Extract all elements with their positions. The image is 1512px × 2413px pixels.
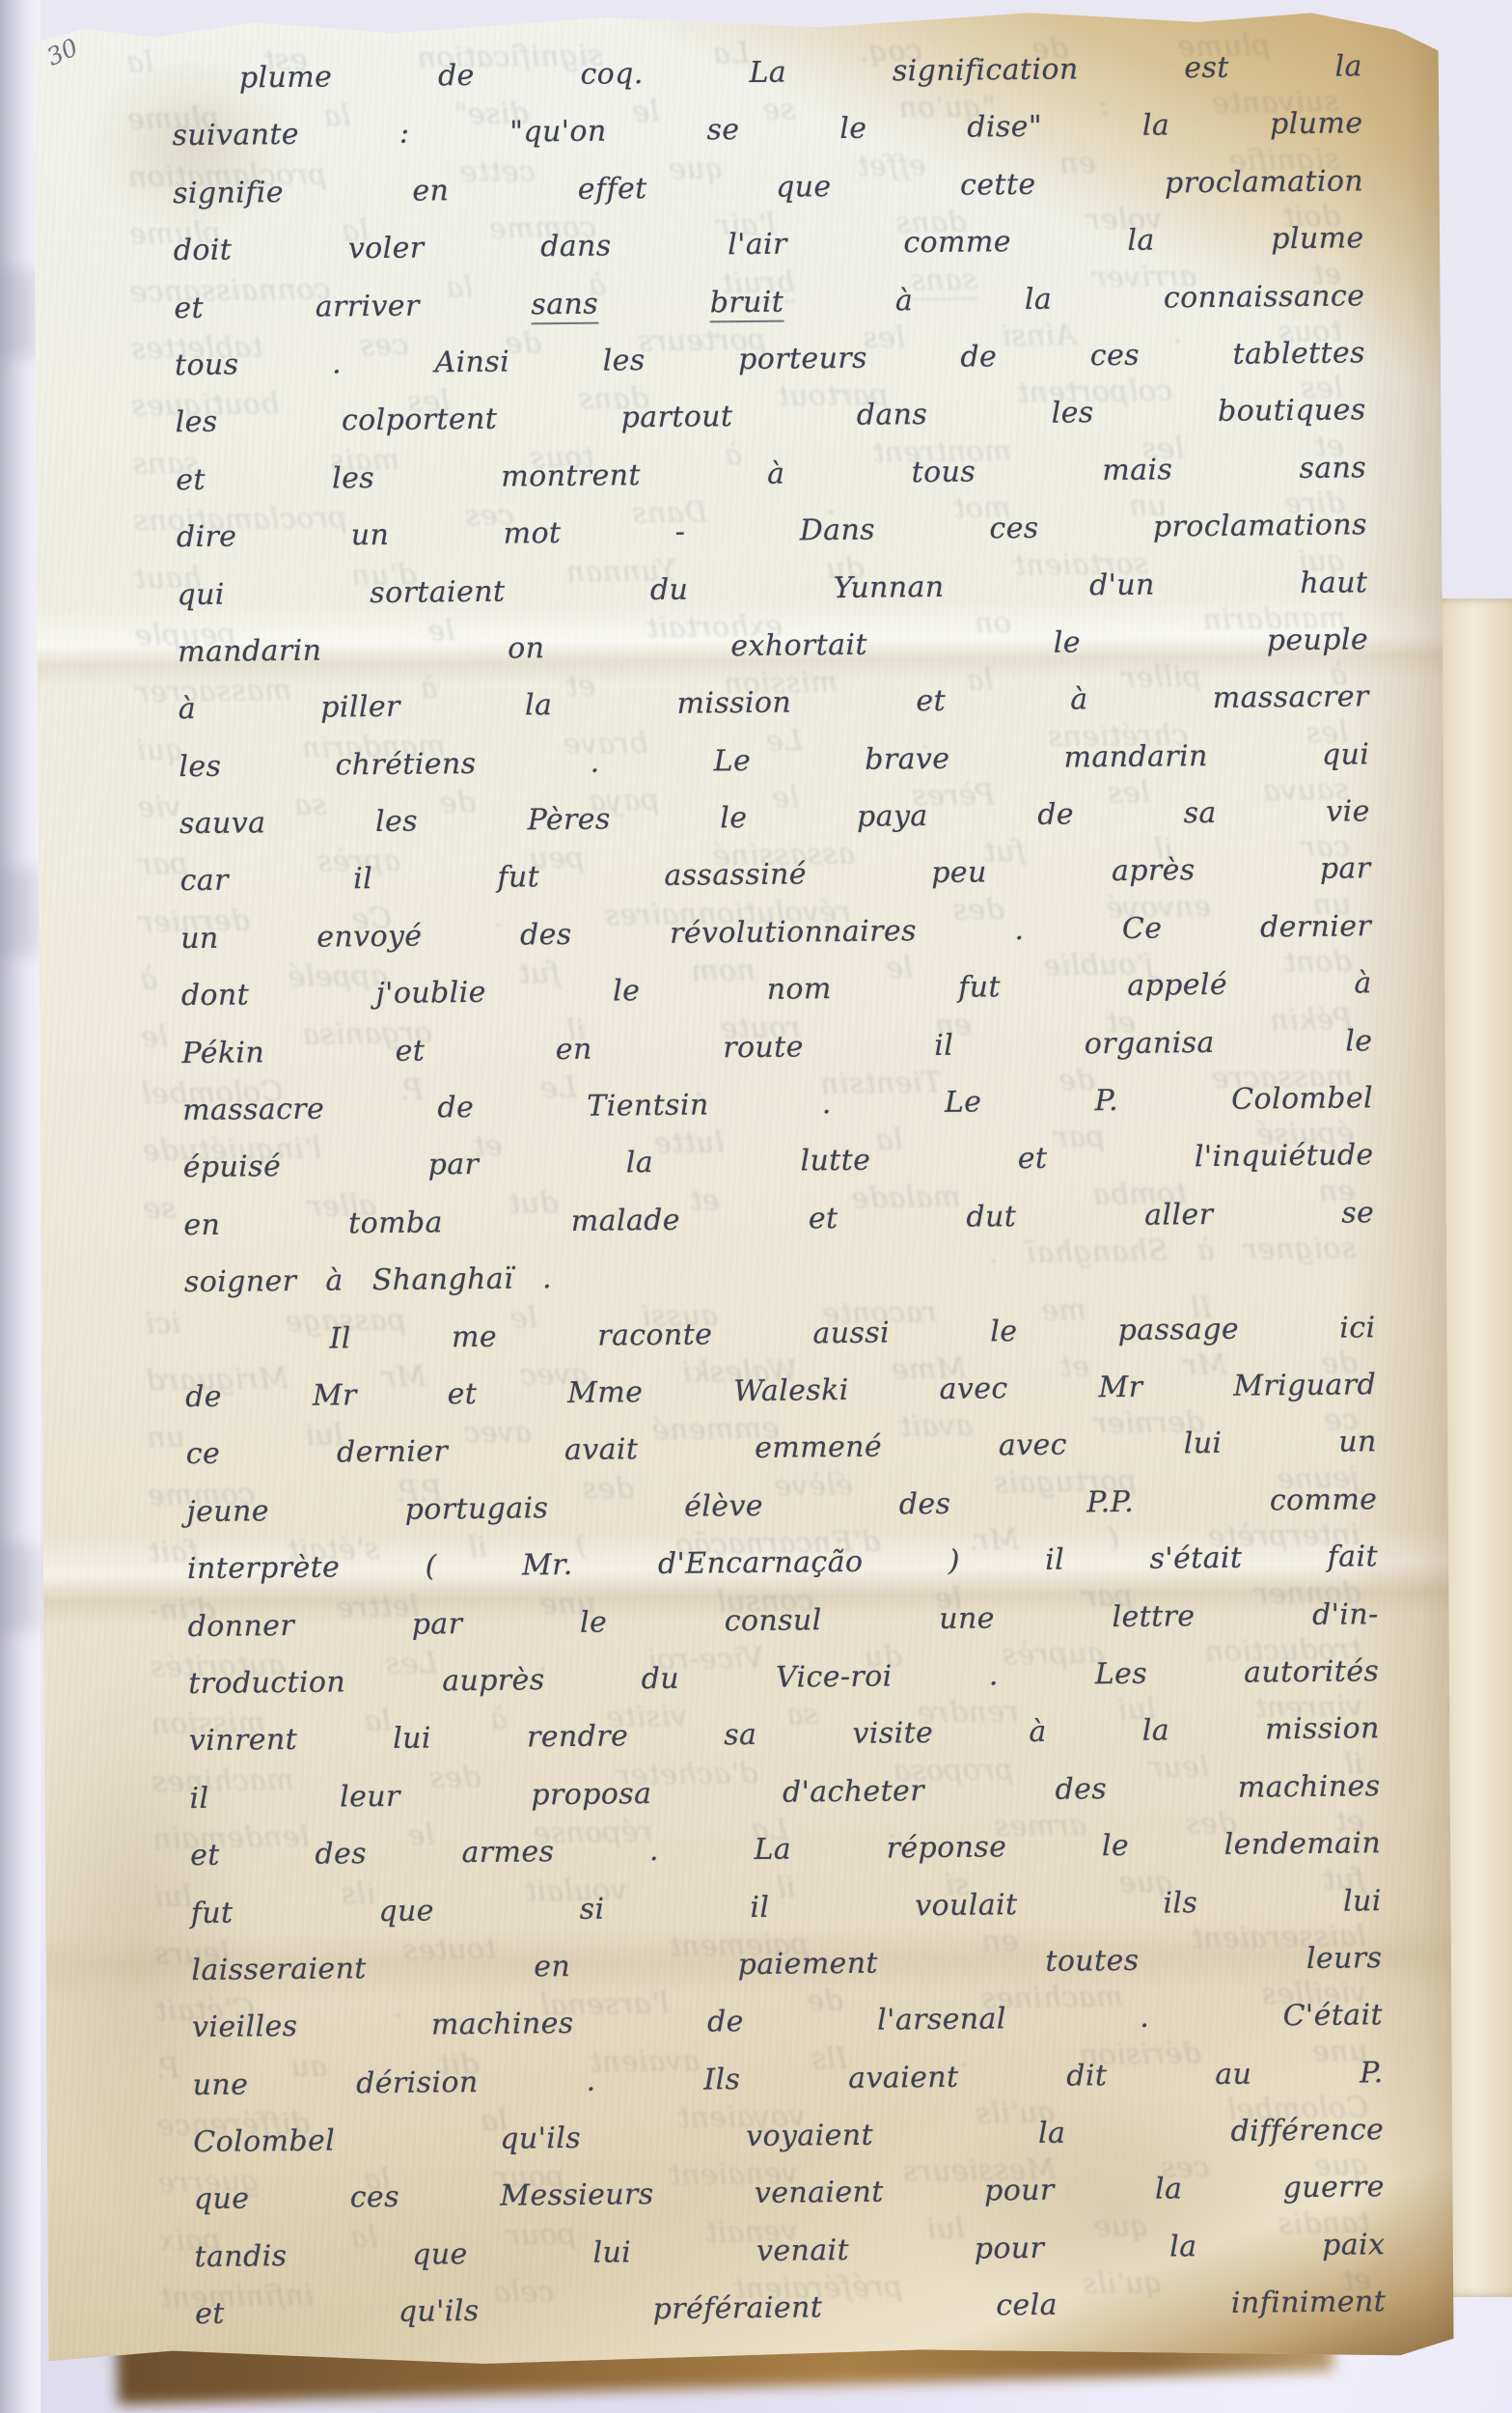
manuscript-word: en <box>534 1950 570 1983</box>
manuscript-word: le <box>990 1315 1018 1348</box>
manuscript-word: à <box>895 284 914 318</box>
manuscript-word: d'in- <box>1312 1597 1379 1632</box>
manuscript-word: interprète <box>187 1551 341 1587</box>
manuscript-word: de <box>437 1091 474 1124</box>
manuscript-word: Mr. <box>522 1548 573 1583</box>
manuscript-word: du <box>641 1662 679 1696</box>
manuscript-word: brave <box>865 742 950 777</box>
manuscript-word: connaissance <box>1164 279 1365 315</box>
manuscript-word: de <box>1037 798 1074 832</box>
manuscript-word: P. <box>155 2051 179 2085</box>
manuscript-word: à <box>1029 1715 1047 1749</box>
manuscript-word: la <box>125 45 153 79</box>
manuscript-word: mot <box>503 516 561 551</box>
manuscript-word: mandarin <box>1063 739 1208 775</box>
manuscript-word: fut <box>958 971 1001 1005</box>
manuscript-word: donner <box>188 1609 295 1644</box>
manuscript-word: venaient <box>755 2176 884 2210</box>
edge-smudge <box>0 1544 41 1631</box>
manuscript-word: signifie <box>173 176 284 210</box>
manuscript-word: qui <box>177 577 225 612</box>
manuscript-word: l'air <box>728 228 787 263</box>
manuscript-word: soigner <box>184 1264 297 1299</box>
photo-backdrop: { "document": { "kind": "handwritten let… <box>0 0 1512 2413</box>
manuscript-word: mais <box>1102 453 1172 487</box>
manuscript-word: se <box>143 1192 176 1226</box>
manuscript-word: ce <box>186 1437 221 1471</box>
manuscript-word: dans <box>540 230 612 264</box>
manuscript-word: dit <box>1066 2059 1107 2093</box>
manuscript-word: à <box>140 962 158 996</box>
manuscript-word: la <box>1142 109 1170 143</box>
manuscript-word: des <box>899 1487 951 1522</box>
manuscript-word: peuple <box>1267 623 1369 657</box>
manuscript-word: par <box>412 1607 463 1642</box>
manuscript-word: le <box>1102 1829 1130 1863</box>
manuscript-word: au <box>1215 2057 1251 2091</box>
manuscript-word: . <box>542 1262 552 1295</box>
manuscript-word: Ils <box>703 2063 740 2096</box>
manuscript-word: il <box>750 1890 769 1924</box>
manuscript-word: il <box>1045 1543 1064 1577</box>
manuscript-word: élève <box>684 1489 763 1524</box>
manuscript-word: tous <box>911 455 976 489</box>
manuscript-word: troduction <box>188 1665 345 1701</box>
manuscript-word: mission <box>676 686 791 721</box>
manuscript-word: infiniment <box>1231 2285 1386 2320</box>
manuscript-word: venait <box>756 2233 849 2268</box>
manuscript-word: la <box>1155 2173 1183 2206</box>
manuscript-word: à <box>1070 683 1088 717</box>
manuscript-word: . <box>1140 2001 1149 2035</box>
manuscript-word: des <box>1055 1772 1107 1807</box>
manuscript-text: plumedecoq.Lasignificationestlasuivante:… <box>172 49 1387 2354</box>
manuscript-word: Shanghaï <box>372 1262 514 1298</box>
manuscript-word: se <box>706 113 739 147</box>
manuscript-word: les <box>332 461 374 495</box>
manuscript-word: Tientsin <box>587 1088 709 1123</box>
manuscript-word: et <box>395 1034 425 1068</box>
manuscript-line: etqu'ilspréféraientcelainfiniment <box>195 2285 1387 2354</box>
manuscript-word: voyaient <box>746 2119 873 2153</box>
manuscript-word: . <box>590 745 599 779</box>
manuscript-word: le <box>580 1605 608 1639</box>
manuscript-word: laisseraient <box>191 1952 367 1987</box>
manuscript-word: Ce <box>1122 911 1163 945</box>
manuscript-word: en <box>412 174 449 208</box>
manuscript-word: jeune <box>186 1494 269 1529</box>
manuscript-word: organisa <box>1085 1026 1215 1061</box>
manuscript-word: coq. <box>580 57 644 92</box>
manuscript-word: que <box>194 2182 250 2217</box>
manuscript-word: il <box>189 1782 208 1816</box>
manuscript-word: j'oublie <box>375 976 486 1011</box>
manuscript-word: proclamations <box>1153 508 1367 543</box>
manuscript-word: ici <box>145 1306 181 1341</box>
manuscript-word: cela <box>996 2288 1058 2323</box>
manuscript-word: P. <box>1360 2056 1384 2090</box>
manuscript-word: sans <box>1299 451 1366 485</box>
manuscript-word: : <box>399 117 410 151</box>
manuscript-word: des <box>520 918 572 953</box>
manuscript-word: Mr <box>313 1378 357 1412</box>
scan-edge-strip <box>0 0 41 2413</box>
manuscript-word: la <box>1025 282 1053 316</box>
manuscript-word: ces <box>350 2180 400 2215</box>
manuscript-word: épuisé <box>183 1151 282 1185</box>
manuscript-word: P.P. <box>1086 1485 1134 1520</box>
manuscript-word: . <box>649 1834 659 1868</box>
manuscript-word: armes <box>461 1835 554 1870</box>
manuscript-word: le <box>720 801 748 835</box>
manuscript-word: tablettes <box>1232 336 1365 371</box>
manuscript-word: sauva <box>179 806 266 841</box>
manuscript-word: qu'ils <box>399 2294 480 2329</box>
manuscript-word: mission <box>1265 1712 1380 1747</box>
manuscript-word: boutiques <box>1218 394 1366 430</box>
manuscript-word: raconte <box>597 1317 712 1352</box>
manuscript-word: qui <box>1322 737 1370 772</box>
manuscript-word: haut <box>1300 566 1368 600</box>
manuscript-word: lui <box>153 1879 192 1914</box>
manuscript-word: colportent <box>342 402 498 438</box>
manuscript-word: Mme <box>567 1375 643 1410</box>
manuscript-word: envoyé <box>316 919 423 954</box>
manuscript-word: d'un <box>1089 568 1155 602</box>
manuscript-word: de <box>185 1380 222 1414</box>
manuscript-word: s'était <box>1149 1541 1242 1576</box>
manuscript-word: d'Encarnação <box>658 1545 864 1581</box>
manuscript-word: ) <box>948 1544 960 1578</box>
manuscript-word: partout <box>620 401 732 435</box>
manuscript-word: . <box>822 1087 832 1121</box>
manuscript-word: avait <box>564 1433 639 1468</box>
manuscript-word: fut <box>497 861 539 895</box>
manuscript-word: du <box>650 572 689 606</box>
manuscript-word: et <box>176 463 206 497</box>
manuscript-word: que <box>412 2237 468 2272</box>
manuscript-word: guerre <box>1282 2171 1384 2205</box>
manuscript-word: tandis <box>194 2239 287 2274</box>
manuscript-word: lettre <box>1112 1599 1195 1634</box>
manuscript-word: sortaient <box>370 574 505 609</box>
manuscript-word: lui <box>1184 1427 1223 1460</box>
manuscript-word: tous <box>175 347 239 382</box>
manuscript-word: sans <box>531 287 598 324</box>
manuscript-word: par <box>1320 852 1371 887</box>
manuscript-word: chrétiens <box>335 747 476 783</box>
manuscript-word: autorités <box>1244 1654 1379 1689</box>
manuscript-word: dut <box>966 1200 1016 1234</box>
edge-smudge <box>0 270 41 357</box>
manuscript-word: . <box>586 2064 595 2097</box>
manuscript-word: dise" <box>967 110 1042 145</box>
manuscript-word: dérision <box>356 2066 479 2100</box>
manuscript-word: lui <box>592 2235 631 2269</box>
manuscript-word: il <box>934 1028 953 1062</box>
manuscript-word: visite <box>852 1716 933 1751</box>
manuscript-word: doit <box>174 234 233 268</box>
manuscript-word: . <box>332 347 342 380</box>
manuscript-word: consul <box>725 1603 822 1638</box>
manuscript-word: bruit <box>710 285 784 322</box>
manuscript-word: signification <box>893 52 1079 88</box>
manuscript-word: un <box>147 1421 185 1456</box>
manuscript-word: C'était <box>1282 1998 1383 2033</box>
letter-paper: 30 plumedecoq.Lasignificationestlasuivan… <box>27 6 1456 2368</box>
manuscript-word: ces <box>1090 339 1141 374</box>
manuscript-word: une <box>939 1601 995 1636</box>
manuscript-word: les <box>179 749 221 783</box>
manuscript-word: la <box>1142 1714 1170 1748</box>
manuscript-word: le <box>839 112 867 146</box>
manuscript-word: Les <box>1095 1657 1148 1692</box>
manuscript-word: me <box>452 1319 497 1353</box>
manuscript-word: la <box>1127 224 1155 258</box>
manuscript-word: assassiné <box>664 858 807 894</box>
manuscript-word: fait <box>1328 1539 1379 1574</box>
manuscript-word: Vice-roi <box>776 1659 893 1694</box>
manuscript-word: rendre <box>527 1720 628 1755</box>
manuscript-word: piller <box>320 690 400 725</box>
manuscript-word: La <box>754 1833 791 1867</box>
manuscript-word: est <box>1184 51 1229 85</box>
manuscript-word: emmené <box>755 1430 882 1465</box>
manuscript-word: voulait <box>915 1888 1018 1923</box>
manuscript-word: Mriguard <box>1233 1368 1376 1403</box>
manuscript-word: Colombel <box>193 2124 335 2160</box>
manuscript-word: que <box>776 170 832 205</box>
manuscript-word: pour <box>984 2174 1055 2208</box>
manuscript-word: ici <box>1339 1311 1376 1345</box>
manuscript-word: et <box>195 2297 225 2331</box>
manuscript-word: fut <box>191 1896 234 1929</box>
manuscript-word: ils <box>1163 1886 1197 1920</box>
manuscript-word: portugais <box>405 1491 549 1527</box>
manuscript-word: malade <box>571 1204 681 1238</box>
manuscript-word: les <box>175 405 217 439</box>
manuscript-word: aussi <box>812 1316 890 1350</box>
manuscript-word: et <box>447 1377 477 1411</box>
manuscript-word: des <box>315 1837 367 1872</box>
manuscript-word: - <box>675 515 686 549</box>
manuscript-word: à <box>179 692 197 726</box>
manuscript-word: l'inquiétude <box>1195 1139 1374 1175</box>
manuscript-word: lendemain <box>1223 1826 1381 1862</box>
manuscript-word: effet <box>578 172 647 207</box>
manuscript-word: à <box>325 1264 344 1298</box>
manuscript-word: de <box>960 340 997 374</box>
manuscript-word: nom <box>767 972 832 1007</box>
manuscript-word: révolutionnaires <box>670 914 917 951</box>
manuscript-word: car <box>179 864 229 899</box>
manuscript-word: comme <box>1270 1483 1378 1517</box>
manuscript-word: Yunnan <box>834 569 945 604</box>
manuscript-word: dernier <box>1260 909 1371 944</box>
manuscript-word: plume <box>1271 221 1364 256</box>
manuscript-word: et <box>809 1202 838 1235</box>
manuscript-word: pour <box>975 2232 1045 2266</box>
manuscript-word: les <box>1051 397 1093 430</box>
manuscript-word: Waleski <box>733 1373 849 1408</box>
manuscript-word: avec <box>999 1428 1067 1463</box>
manuscript-word: lutte <box>800 1144 870 1179</box>
manuscript-word: et <box>916 684 946 718</box>
manuscript-word: ces <box>989 512 1039 546</box>
manuscript-word: en <box>556 1032 592 1066</box>
manuscript-word: Il <box>329 1321 351 1355</box>
manuscript-word: avaient <box>848 2060 959 2094</box>
manuscript-word: La <box>749 56 786 90</box>
manuscript-word: réponse <box>886 1830 1006 1865</box>
manuscript-word: vieilles <box>192 2010 298 2044</box>
manuscript-word: en <box>183 1208 220 1242</box>
manuscript-word: "qu'on <box>509 115 607 150</box>
manuscript-word: voler <box>348 232 425 266</box>
manuscript-word: avec <box>939 1372 1007 1406</box>
manuscript-word: leurs <box>1306 1941 1383 1976</box>
manuscript-word: route <box>723 1030 804 1065</box>
manuscript-word: dans <box>857 398 928 432</box>
manuscript-word: vie <box>1326 794 1370 828</box>
manuscript-word: différence <box>1230 2113 1384 2149</box>
manuscript-word: montrent <box>501 458 641 494</box>
manuscript-word: peu <box>931 856 987 891</box>
manuscript-word: machines <box>1238 1769 1381 1805</box>
manuscript-word: toutes <box>1045 1944 1139 1979</box>
manuscript-word: la <box>626 1146 654 1179</box>
manuscript-word: Mr <box>1098 1371 1142 1404</box>
manuscript-word: il <box>353 863 372 897</box>
manuscript-word: sa <box>724 1718 756 1752</box>
manuscript-word: arriver <box>316 289 420 323</box>
manuscript-word: porteurs <box>738 342 867 376</box>
manuscript-word: massacre <box>182 1093 324 1128</box>
page-number: 30 <box>42 33 82 71</box>
manuscript-word: vie <box>137 790 181 825</box>
manuscript-word: Ainsi <box>434 346 509 380</box>
manuscript-word: cette <box>960 168 1036 203</box>
manuscript-word: et <box>174 291 204 324</box>
manuscript-word: Le <box>945 1086 982 1120</box>
manuscript-word: . <box>1014 913 1024 947</box>
manuscript-word: on <box>508 631 545 665</box>
manuscript-word: paix <box>1322 2228 1386 2262</box>
manuscript-word: Pères <box>527 803 610 838</box>
manuscript-word: tomba <box>348 1206 443 1240</box>
manuscript-word: P. <box>1094 1084 1118 1118</box>
manuscript-word: ( <box>425 1550 436 1584</box>
manuscript-word: mandarin <box>178 634 322 670</box>
manuscript-word: et <box>1018 1142 1048 1176</box>
manuscript-word: la <box>1334 49 1362 83</box>
manuscript-word: qui <box>136 733 184 767</box>
manuscript-word: un <box>180 922 219 956</box>
manuscript-word: Le <box>713 744 751 778</box>
manuscript-word: si <box>580 1892 605 1926</box>
manuscript-word: préféraient <box>652 2291 822 2327</box>
manuscript-word: le <box>613 974 641 1008</box>
manuscript-word: la <box>1169 2230 1197 2263</box>
manuscript-word: le <box>140 1020 168 1054</box>
manuscript-word: Messieurs <box>500 2178 654 2214</box>
manuscript-word: plume <box>1270 107 1363 142</box>
manuscript-word: et <box>190 1839 220 1872</box>
manuscript-word: vinrent <box>189 1723 298 1758</box>
edge-smudge <box>0 869 41 956</box>
manuscript-word: machines <box>431 2007 574 2042</box>
manuscript-word: appelé <box>1127 968 1227 1003</box>
manuscript-word: paiement <box>738 1947 879 1983</box>
manuscript-word: de <box>707 2005 744 2039</box>
manuscript-word: proposa <box>531 1777 651 1812</box>
manuscript-word: passage <box>1117 1312 1239 1346</box>
manuscript-word: exhortait <box>730 628 867 663</box>
manuscript-word: . <box>989 1658 999 1692</box>
manuscript-word: qu'ils <box>500 2122 581 2156</box>
manuscript-word: paya <box>857 799 928 834</box>
manuscript-word: se <box>1341 1196 1374 1230</box>
manuscript-word: proclamation <box>1165 164 1363 200</box>
manuscript-word: un <box>1338 1426 1377 1459</box>
manuscript-word: lui <box>1343 1884 1382 1918</box>
manuscript-word: la <box>1038 2117 1066 2150</box>
manuscript-word: un <box>351 518 390 552</box>
manuscript-word: la <box>525 688 553 722</box>
manuscript-word: aller <box>1144 1198 1214 1233</box>
manuscript-word: leur <box>340 1780 400 1815</box>
manuscript-word: massacrer <box>1213 680 1369 716</box>
manuscript-word: Dans <box>800 513 876 548</box>
manuscript-word: sa <box>1183 796 1216 830</box>
manuscript-word: dernier <box>337 1435 448 1470</box>
manuscript-word: l'arsenal <box>877 2003 1006 2038</box>
manuscript-word: comme <box>903 225 1011 260</box>
manuscript-word: dont <box>181 979 250 1013</box>
manuscript-word: Pékin <box>181 1036 264 1070</box>
manuscript-word: dire <box>177 520 237 555</box>
manuscript-word: par <box>427 1148 479 1182</box>
manuscript-word: auprès <box>442 1663 545 1698</box>
manuscript-word: que <box>378 1894 434 1928</box>
manuscript-word: le <box>1054 625 1082 659</box>
manuscript-word: à <box>1354 967 1372 1001</box>
manuscript-word: Colombel <box>1231 1081 1373 1117</box>
manuscript-word: les <box>375 805 418 839</box>
manuscript-word: les <box>602 344 645 377</box>
manuscript-word: plume <box>239 60 333 95</box>
manuscript-word: de <box>438 59 475 93</box>
manuscript-word: après <box>1112 854 1196 889</box>
manuscript-word: à <box>767 457 785 490</box>
manuscript-word: suivante <box>172 118 299 153</box>
manuscript-word: lui <box>393 1722 431 1756</box>
manuscript-word: le <box>1345 1024 1373 1058</box>
manuscript-word: d'acheter <box>783 1774 924 1810</box>
manuscript-word: une <box>192 2067 248 2102</box>
